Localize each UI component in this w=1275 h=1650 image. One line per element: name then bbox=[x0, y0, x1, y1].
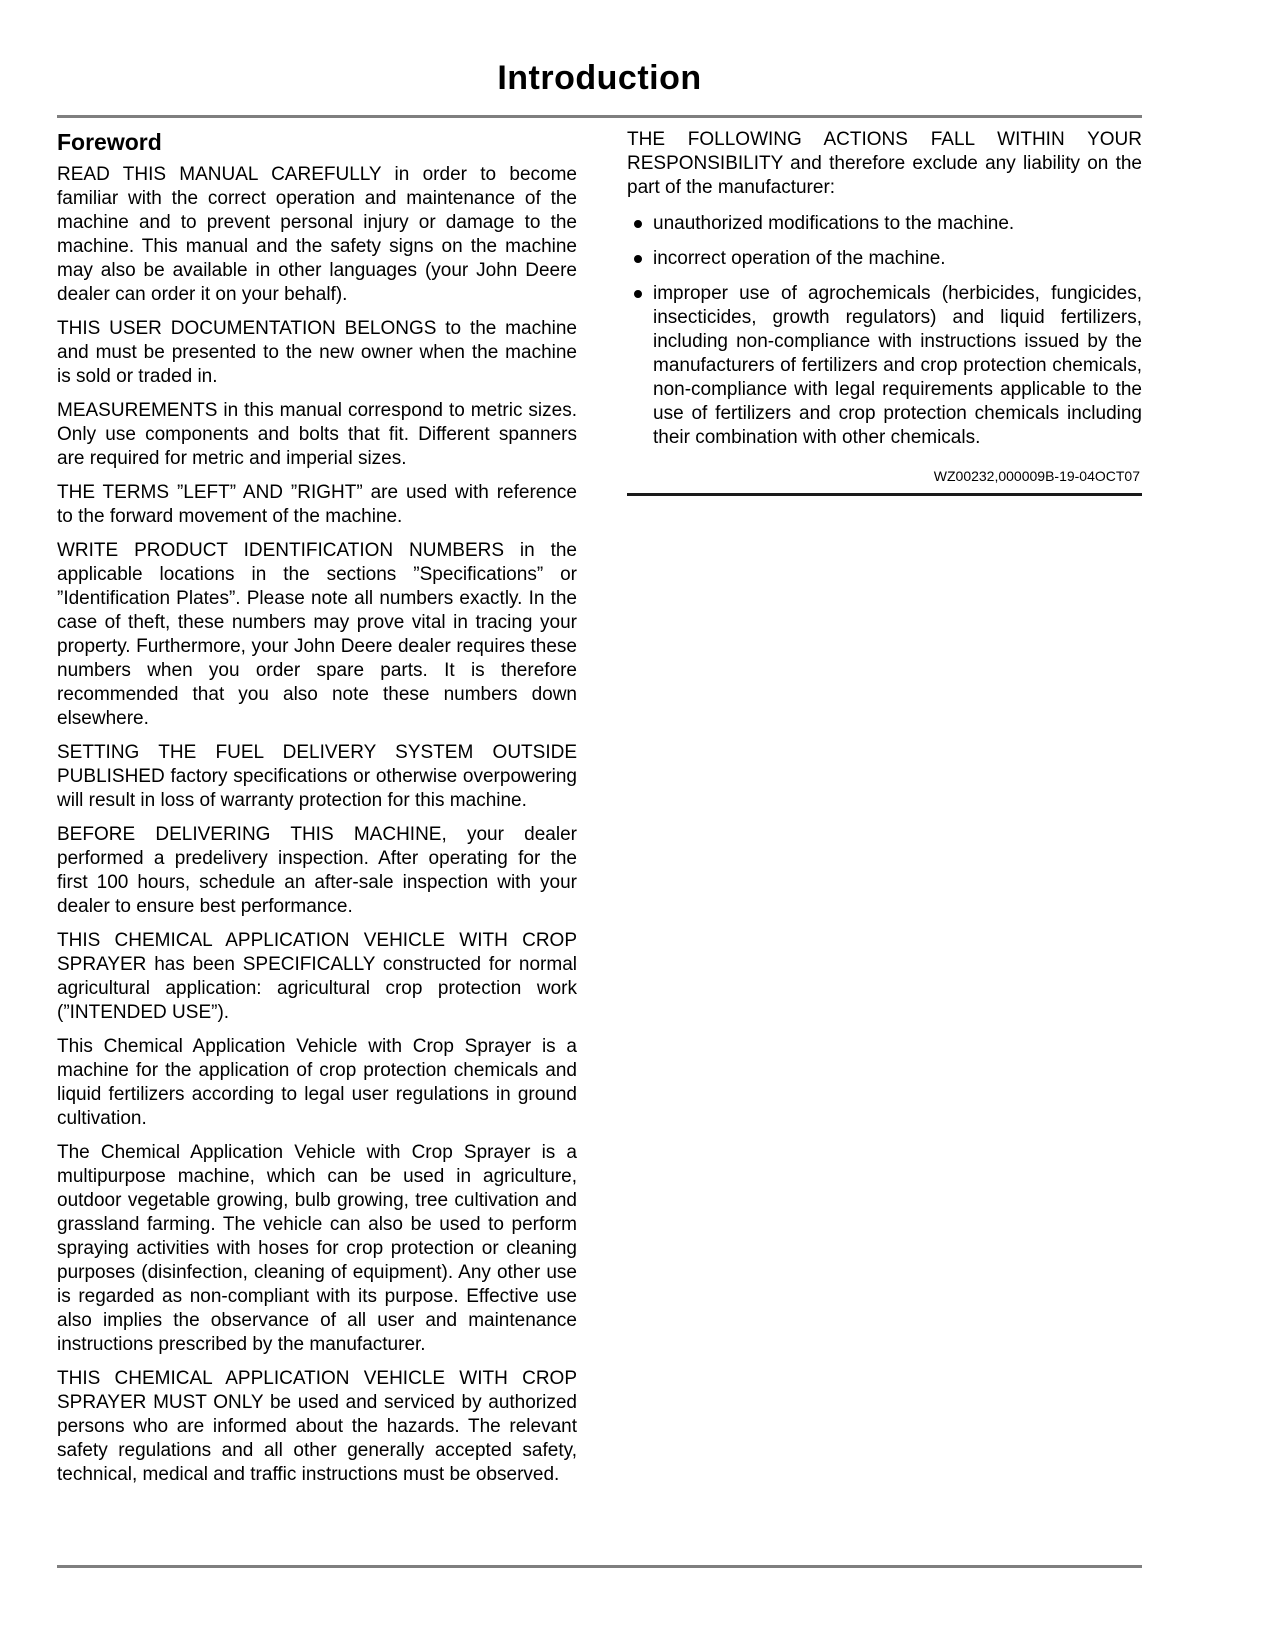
list-item-text: unauthorized modifications to the machin… bbox=[653, 212, 1142, 236]
paragraph: MEASUREMENTS in this manual correspond t… bbox=[57, 399, 577, 471]
list-item-text: incorrect operation of the machine. bbox=[653, 247, 1142, 271]
foreword-paragraphs: READ THIS MANUAL CAREFULLY in order to b… bbox=[57, 163, 577, 1487]
list-item: improper use of agrochemicals (herbicide… bbox=[627, 282, 1142, 450]
list-item: incorrect operation of the machine. bbox=[627, 247, 1142, 271]
page-content: Introduction Foreword READ THIS MANUAL C… bbox=[57, 0, 1142, 1497]
paragraph: THIS CHEMICAL APPLICATION VEHICLE WITH C… bbox=[57, 929, 577, 1025]
section-divider bbox=[627, 493, 1142, 496]
paragraph: THIS USER DOCUMENTATION BELONGS to the m… bbox=[57, 317, 577, 389]
two-column-layout: Foreword READ THIS MANUAL CAREFULLY in o… bbox=[57, 128, 1142, 1497]
section-heading-foreword: Foreword bbox=[57, 128, 577, 156]
page-title: Introduction bbox=[57, 0, 1142, 98]
bullet-icon bbox=[627, 247, 653, 271]
paragraph: THE TERMS ”LEFT” AND ”RIGHT” are used wi… bbox=[57, 481, 577, 529]
responsibility-intro: THE FOLLOWING ACTIONS FALL WITHIN YOUR R… bbox=[627, 128, 1142, 200]
responsibility-list: unauthorized modifications to the machin… bbox=[627, 212, 1142, 450]
header-divider bbox=[57, 115, 1142, 118]
paragraph: This Chemical Application Vehicle with C… bbox=[57, 1035, 577, 1131]
paragraph: SETTING THE FUEL DELIVERY SYSTEM OUTSIDE… bbox=[57, 741, 577, 813]
paragraph: THIS CHEMICAL APPLICATION VEHICLE WITH C… bbox=[57, 1367, 577, 1487]
paragraph: READ THIS MANUAL CAREFULLY in order to b… bbox=[57, 163, 577, 307]
left-column: Foreword READ THIS MANUAL CAREFULLY in o… bbox=[57, 128, 577, 1497]
paragraph: BEFORE DELIVERING THIS MACHINE, your dea… bbox=[57, 823, 577, 919]
right-column: THE FOLLOWING ACTIONS FALL WITHIN YOUR R… bbox=[627, 128, 1142, 1497]
doc-reference-code: WZ00232,000009B-19-04OCT07 bbox=[627, 468, 1142, 493]
bullet-icon bbox=[627, 212, 653, 236]
list-item: unauthorized modifications to the machin… bbox=[627, 212, 1142, 236]
list-item-text: improper use of agrochemicals (herbicide… bbox=[653, 282, 1142, 450]
manual-page: Introduction Foreword READ THIS MANUAL C… bbox=[0, 0, 1275, 1650]
doc-reference-block: WZ00232,000009B-19-04OCT07 bbox=[627, 468, 1142, 496]
paragraph: The Chemical Application Vehicle with Cr… bbox=[57, 1141, 577, 1357]
bullet-icon bbox=[627, 282, 653, 450]
paragraph: WRITE PRODUCT IDENTIFICATION NUMBERS in … bbox=[57, 539, 577, 731]
footer-divider bbox=[57, 1565, 1142, 1568]
